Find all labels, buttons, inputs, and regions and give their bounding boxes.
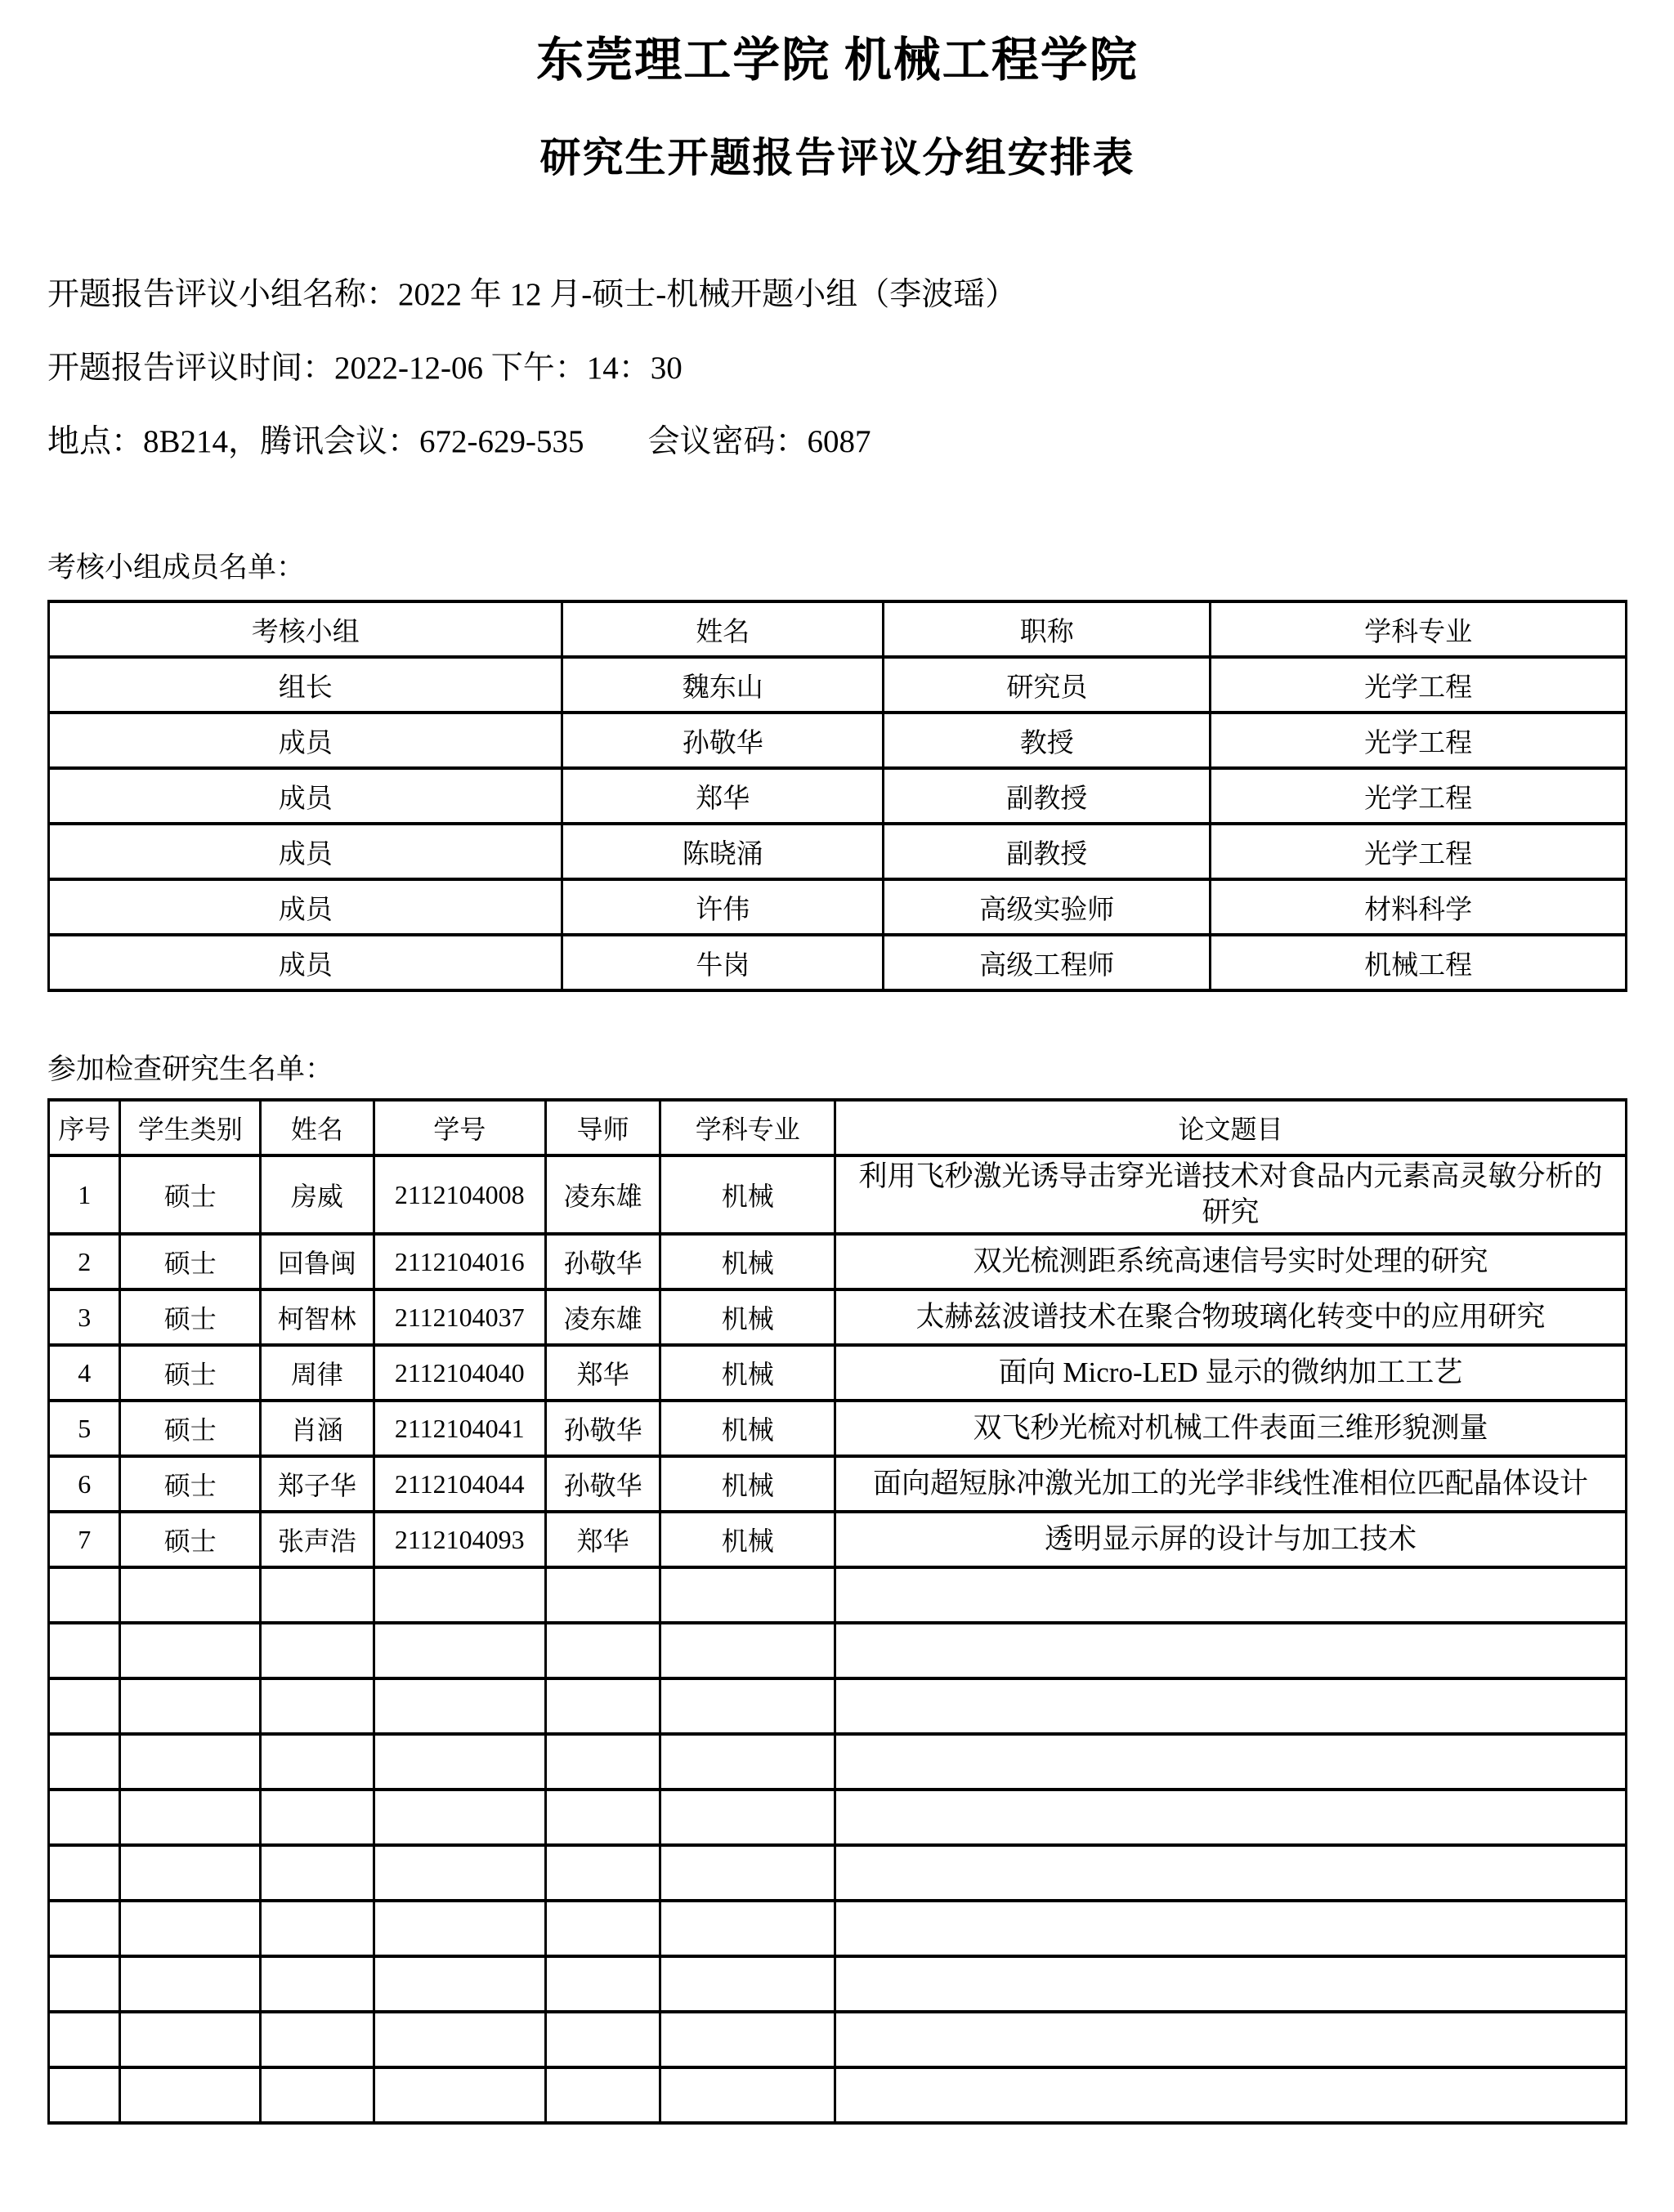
empty-cell	[835, 1734, 1627, 1790]
empty-cell	[49, 1790, 120, 1845]
empty-cell	[374, 1623, 545, 1678]
table-cell: 机械	[660, 1512, 835, 1567]
table-cell: 柯智林	[261, 1289, 374, 1345]
table-cell: 房威	[261, 1155, 374, 1234]
empty-cell	[120, 2067, 261, 2123]
table-cell: 成员	[49, 713, 562, 768]
empty-cell	[49, 1678, 120, 1734]
table-cell: 面向 Micro-LED 显示的微纳加工工艺	[835, 1345, 1627, 1401]
table-cell: 1	[49, 1155, 120, 1234]
table-cell: 机械	[660, 1155, 835, 1234]
table-cell: 成员	[49, 768, 562, 824]
empty-row	[49, 1678, 1627, 1734]
empty-cell	[261, 1901, 374, 1956]
empty-cell	[660, 1567, 835, 1623]
table-cell: 教授	[884, 713, 1211, 768]
empty-cell	[660, 2067, 835, 2123]
empty-cell	[374, 1790, 545, 1845]
table-row: 成员许伟高级实验师材料科学	[49, 879, 1627, 935]
table-cell: 机械	[660, 1234, 835, 1289]
column-header: 学号	[374, 1100, 545, 1155]
table-cell: 成员	[49, 824, 562, 879]
document-page: 东莞理工学院 机械工程学院 研究生开题报告评议分组安排表 开题报告评议小组名称：…	[0, 0, 1674, 2212]
table-row: 成员孙敬华教授光学工程	[49, 713, 1627, 768]
empty-cell	[660, 1678, 835, 1734]
table-cell: 光学工程	[1211, 768, 1627, 824]
column-header: 考核小组	[49, 601, 562, 657]
empty-cell	[660, 1901, 835, 1956]
committee-table: 考核小组姓名职称学科专业组长魏东山研究员光学工程成员孙敬华教授光学工程成员郑华副…	[47, 600, 1627, 992]
table-cell: 光学工程	[1211, 657, 1627, 713]
column-header: 论文题目	[835, 1100, 1627, 1155]
empty-cell	[545, 2067, 660, 2123]
table-cell: 机械工程	[1211, 935, 1627, 990]
header-row: 考核小组姓名职称学科专业	[49, 601, 1627, 657]
empty-cell	[835, 2067, 1627, 2123]
table-cell: 双飞秒光梳对机械工件表面三维形貌测量	[835, 1401, 1627, 1456]
empty-cell	[835, 1790, 1627, 1845]
empty-cell	[120, 1901, 261, 1956]
table-row: 成员牛岗高级工程师机械工程	[49, 935, 1627, 990]
column-header: 学生类别	[120, 1100, 261, 1155]
empty-cell	[261, 1567, 374, 1623]
table-cell: 成员	[49, 879, 562, 935]
empty-cell	[120, 1956, 261, 2012]
empty-cell	[49, 1901, 120, 1956]
empty-cell	[49, 1734, 120, 1790]
table-row: 4硕士周律2112104040郑华机械面向 Micro-LED 显示的微纳加工工…	[49, 1345, 1627, 1401]
table-cell: 机械	[660, 1401, 835, 1456]
empty-cell	[261, 1956, 374, 2012]
table-cell: 双光梳测距系统高速信号实时处理的研究	[835, 1234, 1627, 1289]
table-row: 6硕士郑子华2112104044孙敬华机械面向超短脉冲激光加工的光学非线性准相位…	[49, 1456, 1627, 1512]
document-title: 东莞理工学院 机械工程学院	[47, 31, 1627, 90]
info-line-location: 地点：8B214，腾讯会议：672-629-535 会议密码：6087	[47, 405, 1627, 479]
table-cell: 郑华	[545, 1345, 660, 1401]
empty-cell	[374, 2012, 545, 2067]
table-cell: 硕士	[120, 1345, 261, 1401]
empty-cell	[120, 1623, 261, 1678]
table-cell: 陈晓涌	[562, 824, 884, 879]
table-cell: 2112104044	[374, 1456, 545, 1512]
empty-row	[49, 1734, 1627, 1790]
table-cell: 4	[49, 1345, 120, 1401]
empty-cell	[835, 1623, 1627, 1678]
empty-cell	[660, 2012, 835, 2067]
empty-cell	[261, 1790, 374, 1845]
table-cell: 凌东雄	[545, 1289, 660, 1345]
table-cell: 2112104016	[374, 1234, 545, 1289]
empty-row	[49, 1956, 1627, 2012]
info-line-group-name: 开题报告评议小组名称：2022 年 12 月-硕士-机械开题小组（李波瑶）	[47, 258, 1627, 332]
table-cell: 组长	[49, 657, 562, 713]
table-cell: 硕士	[120, 1234, 261, 1289]
header-row: 序号学生类别姓名学号导师学科专业论文题目	[49, 1100, 1627, 1155]
empty-cell	[120, 1845, 261, 1901]
empty-cell	[660, 1734, 835, 1790]
table-cell: 副教授	[884, 824, 1211, 879]
empty-cell	[660, 1790, 835, 1845]
empty-cell	[374, 1678, 545, 1734]
empty-cell	[261, 2012, 374, 2067]
empty-cell	[545, 1567, 660, 1623]
column-header: 学科专业	[1211, 601, 1627, 657]
empty-cell	[374, 2067, 545, 2123]
empty-row	[49, 1567, 1627, 1623]
table-cell: 2112104040	[374, 1345, 545, 1401]
students-section-label: 参加检查研究生名单：	[47, 1051, 1627, 1088]
empty-cell	[49, 1956, 120, 2012]
table-row: 3硕士柯智林2112104037凌东雄机械太赫兹波谱技术在聚合物玻璃化转变中的应…	[49, 1289, 1627, 1345]
table-cell: 硕士	[120, 1289, 261, 1345]
empty-cell	[374, 1734, 545, 1790]
table-cell: 牛岗	[562, 935, 884, 990]
empty-cell	[545, 1845, 660, 1901]
table-cell: 2112104037	[374, 1289, 545, 1345]
table-cell: 2112104008	[374, 1155, 545, 1234]
table-cell: 5	[49, 1401, 120, 1456]
info-block: 开题报告评议小组名称：2022 年 12 月-硕士-机械开题小组（李波瑶） 开题…	[47, 258, 1627, 479]
table-cell: 机械	[660, 1456, 835, 1512]
table-cell: 硕士	[120, 1456, 261, 1512]
table-cell: 利用飞秒激光诱导击穿光谱技术对食品内元素高灵敏分析的研究	[835, 1155, 1627, 1234]
column-header: 学科专业	[660, 1100, 835, 1155]
table-cell: 光学工程	[1211, 713, 1627, 768]
table-row: 成员陈晓涌副教授光学工程	[49, 824, 1627, 879]
table-row: 成员郑华副教授光学工程	[49, 768, 1627, 824]
table-cell: 6	[49, 1456, 120, 1512]
empty-cell	[835, 1901, 1627, 1956]
table-row: 组长魏东山研究员光学工程	[49, 657, 1627, 713]
table-cell: 孙敬华	[545, 1456, 660, 1512]
table-cell: 2	[49, 1234, 120, 1289]
table-cell: 郑华	[545, 1512, 660, 1567]
empty-cell	[49, 2012, 120, 2067]
table-cell: 光学工程	[1211, 824, 1627, 879]
table-cell: 张声浩	[261, 1512, 374, 1567]
table-cell: 成员	[49, 935, 562, 990]
empty-cell	[835, 1567, 1627, 1623]
empty-cell	[261, 1845, 374, 1901]
table-cell: 副教授	[884, 768, 1211, 824]
table-cell: 硕士	[120, 1401, 261, 1456]
empty-row	[49, 1901, 1627, 1956]
empty-cell	[835, 2012, 1627, 2067]
empty-cell	[835, 1845, 1627, 1901]
empty-cell	[545, 1678, 660, 1734]
table-cell: 3	[49, 1289, 120, 1345]
table-cell: 郑子华	[261, 1456, 374, 1512]
table-cell: 郑华	[562, 768, 884, 824]
table-cell: 材料科学	[1211, 879, 1627, 935]
empty-cell	[49, 1845, 120, 1901]
info-line-review-time: 开题报告评议时间：2022-12-06 下午：14：30	[47, 332, 1627, 405]
committee-section-label: 考核小组成员名单：	[47, 549, 1627, 587]
empty-cell	[261, 1678, 374, 1734]
empty-cell	[120, 2012, 261, 2067]
empty-cell	[545, 1956, 660, 2012]
empty-cell	[374, 1956, 545, 2012]
empty-cell	[545, 1901, 660, 1956]
table-cell: 孙敬华	[545, 1234, 660, 1289]
empty-cell	[660, 1623, 835, 1678]
empty-cell	[545, 1790, 660, 1845]
empty-row	[49, 1790, 1627, 1845]
table-cell: 孙敬华	[545, 1401, 660, 1456]
table-row: 5硕士肖涵2112104041孙敬华机械双飞秒光梳对机械工件表面三维形貌测量	[49, 1401, 1627, 1456]
empty-cell	[261, 1623, 374, 1678]
table-cell: 机械	[660, 1289, 835, 1345]
column-header: 职称	[884, 601, 1211, 657]
table-row: 2硕士回鲁闽2112104016孙敬华机械双光梳测距系统高速信号实时处理的研究	[49, 1234, 1627, 1289]
empty-cell	[660, 1845, 835, 1901]
empty-cell	[49, 1567, 120, 1623]
table-cell: 凌东雄	[545, 1155, 660, 1234]
table-cell: 硕士	[120, 1155, 261, 1234]
empty-cell	[660, 1956, 835, 2012]
empty-cell	[120, 1567, 261, 1623]
column-header: 导师	[545, 1100, 660, 1155]
table-cell: 高级工程师	[884, 935, 1211, 990]
empty-cell	[49, 2067, 120, 2123]
column-header: 姓名	[261, 1100, 374, 1155]
table-row: 1硕士房威2112104008凌东雄机械利用飞秒激光诱导击穿光谱技术对食品内元素…	[49, 1155, 1627, 1234]
empty-cell	[545, 2012, 660, 2067]
table-cell: 许伟	[562, 879, 884, 935]
empty-cell	[120, 1734, 261, 1790]
column-header: 姓名	[562, 601, 884, 657]
empty-row	[49, 2012, 1627, 2067]
table-cell: 2112104041	[374, 1401, 545, 1456]
table-cell: 透明显示屏的设计与加工技术	[835, 1512, 1627, 1567]
table-cell: 周律	[261, 1345, 374, 1401]
empty-cell	[545, 1623, 660, 1678]
students-table: 序号学生类别姓名学号导师学科专业论文题目1硕士房威2112104008凌东雄机械…	[47, 1098, 1627, 2125]
table-row: 7硕士张声浩2112104093郑华机械透明显示屏的设计与加工技术	[49, 1512, 1627, 1567]
empty-cell	[374, 1901, 545, 1956]
table-cell: 肖涵	[261, 1401, 374, 1456]
empty-cell	[545, 1734, 660, 1790]
empty-cell	[120, 1790, 261, 1845]
empty-row	[49, 1623, 1627, 1678]
column-header: 序号	[49, 1100, 120, 1155]
table-cell: 研究员	[884, 657, 1211, 713]
empty-cell	[261, 1734, 374, 1790]
empty-row	[49, 1845, 1627, 1901]
empty-cell	[374, 1845, 545, 1901]
table-cell: 高级实验师	[884, 879, 1211, 935]
document-subtitle: 研究生开题报告评议分组安排表	[47, 132, 1627, 183]
empty-row	[49, 2067, 1627, 2123]
table-cell: 太赫兹波谱技术在聚合物玻璃化转变中的应用研究	[835, 1289, 1627, 1345]
table-cell: 机械	[660, 1345, 835, 1401]
empty-cell	[835, 1678, 1627, 1734]
empty-cell	[374, 1567, 545, 1623]
empty-cell	[49, 1623, 120, 1678]
table-cell: 回鲁闽	[261, 1234, 374, 1289]
table-cell: 孙敬华	[562, 713, 884, 768]
table-cell: 面向超短脉冲激光加工的光学非线性准相位匹配晶体设计	[835, 1456, 1627, 1512]
table-cell: 魏东山	[562, 657, 884, 713]
table-cell: 7	[49, 1512, 120, 1567]
table-cell: 2112104093	[374, 1512, 545, 1567]
empty-cell	[835, 1956, 1627, 2012]
empty-cell	[261, 2067, 374, 2123]
empty-cell	[120, 1678, 261, 1734]
table-cell: 硕士	[120, 1512, 261, 1567]
